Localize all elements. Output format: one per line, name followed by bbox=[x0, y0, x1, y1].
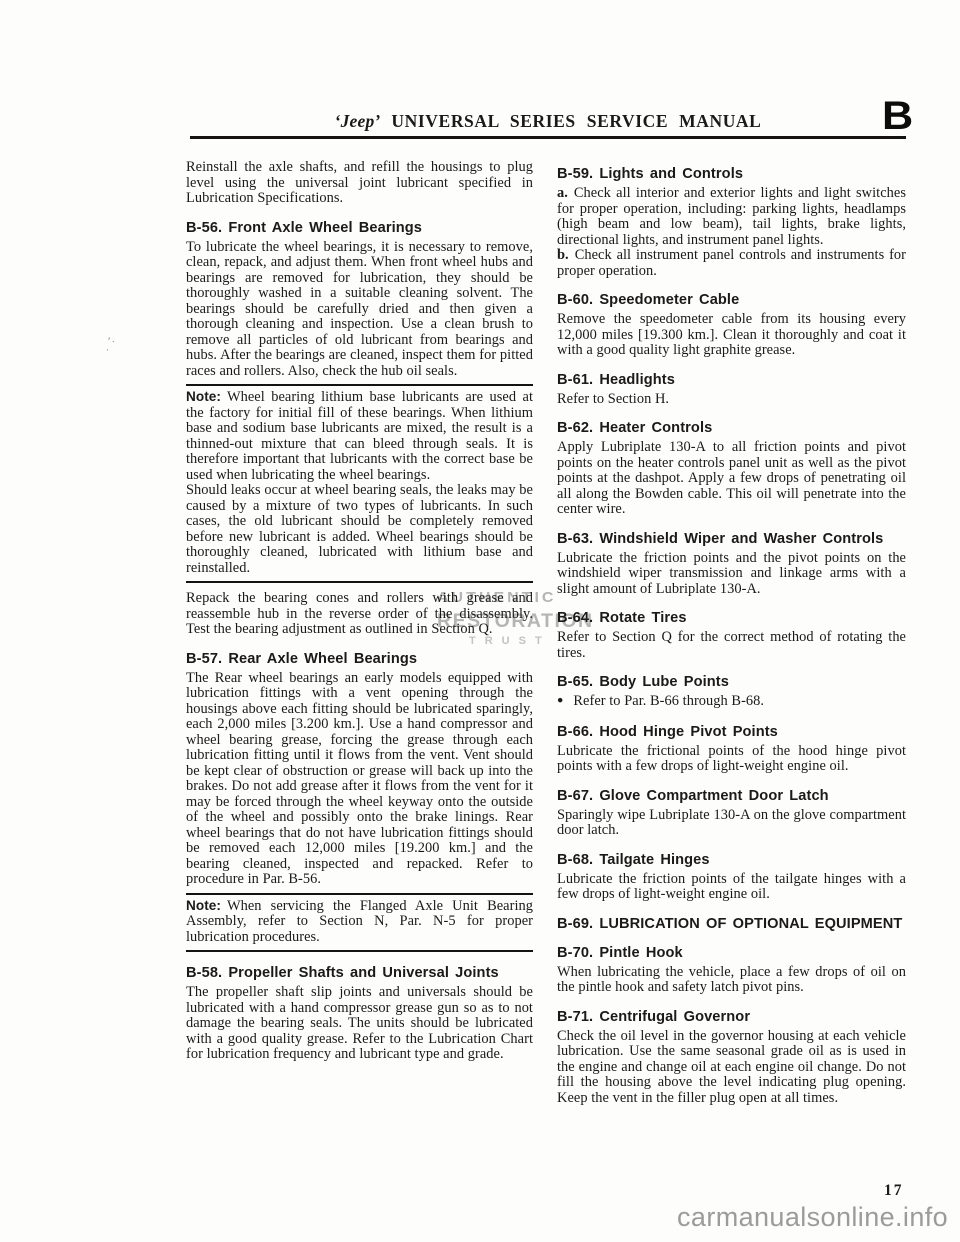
paragraph: Lubricate the frictional points of the h… bbox=[557, 744, 906, 775]
paragraph-text: Apply Lubriplate 130-A to all friction p… bbox=[557, 439, 906, 517]
header-rule bbox=[190, 136, 906, 139]
paragraph-text: Refer to Section Q for the correct metho… bbox=[557, 629, 906, 661]
note-text: When servicing the Flanged Axle Unit Bea… bbox=[186, 898, 533, 945]
bullet-text: Refer to Par. B-66 through B-68. bbox=[573, 693, 764, 709]
paragraph-text: Lubricate the frictional points of the h… bbox=[557, 743, 906, 775]
section-heading: B-71. Centrifugal Governor bbox=[557, 1009, 906, 1025]
paragraph: Lubricate the friction points and the pi… bbox=[557, 551, 906, 598]
note-paragraph: Note:Wheel bearing lithium base lubrican… bbox=[186, 389, 533, 483]
note-paragraph: Should leaks occur at wheel bearing seal… bbox=[186, 483, 533, 576]
section-heading: B-64. Rotate Tires bbox=[557, 610, 906, 626]
page-number: 17 bbox=[884, 1182, 904, 1200]
section-heading: B-57. Rear Axle Wheel Bearings bbox=[186, 651, 533, 667]
section-heading: B-70. Pintle Hook bbox=[557, 945, 906, 961]
paragraph-text: Repack the bearing cones and rollers wit… bbox=[186, 590, 533, 637]
section-heading: B-65. Body Lube Points bbox=[557, 674, 906, 690]
section-heading: B-59. Lights and Controls bbox=[557, 166, 906, 182]
paragraph-text: Remove the speedometer cable from its ho… bbox=[557, 311, 906, 358]
note-lead: Note: bbox=[186, 389, 221, 404]
paragraph-text: To lubricate the wheel bearings, it is n… bbox=[186, 239, 533, 379]
section-heading: B-56. Front Axle Wheel Bearings bbox=[186, 220, 533, 236]
section-heading: B-66. Hood Hinge Pivot Points bbox=[557, 724, 906, 740]
paragraph-text: Lubricate the friction points of the tai… bbox=[557, 871, 906, 903]
paragraph: The Rear wheel bearings an early models … bbox=[186, 671, 533, 888]
section-heading: B-61. Headlights bbox=[557, 372, 906, 388]
paragraph: When lubricating the vehicle, place a fe… bbox=[557, 965, 906, 996]
section-letter: B bbox=[882, 96, 913, 136]
paragraph-text: Reinstall the axle shafts, and refill th… bbox=[186, 159, 533, 206]
paragraph: Reinstall the axle shafts, and refill th… bbox=[186, 160, 533, 207]
left-column: Reinstall the axle shafts, and refill th… bbox=[186, 160, 533, 1063]
paragraph-text: Refer to Section H. bbox=[557, 391, 669, 407]
section-heading: B-67. Glove Compartment Door Latch bbox=[557, 788, 906, 804]
paragraph: Remove the speedometer cable from its ho… bbox=[557, 312, 906, 359]
paragraph: Check the oil level in the governor hous… bbox=[557, 1029, 906, 1107]
header-title: ‘Jeep’ UNIVERSAL SERIES SERVICE MANUAL bbox=[190, 111, 906, 132]
paragraph-text: The Rear wheel bearings an early models … bbox=[186, 670, 533, 888]
section-heading: B-58. Propeller Shafts and Universal Joi… bbox=[186, 965, 533, 981]
paragraph-lead: b. bbox=[557, 247, 569, 263]
paragraph-text: The propeller shaft slip joints and univ… bbox=[186, 984, 533, 1062]
paragraph-text: Check the oil level in the governor hous… bbox=[557, 1028, 906, 1106]
note-paragraph: Note:When servicing the Flanged Axle Uni… bbox=[186, 898, 533, 946]
paragraph-text: Check all instrument panel controls and … bbox=[557, 247, 906, 279]
paragraph: Refer to Section H. bbox=[557, 392, 906, 408]
paragraph: Lubricate the friction points of the tai… bbox=[557, 872, 906, 903]
header-brand: ‘Jeep’ bbox=[335, 111, 381, 131]
section-heading: B-63. Windshield Wiper and Washer Contro… bbox=[557, 531, 906, 547]
paragraph-text: Lubricate the friction points and the pi… bbox=[557, 550, 906, 597]
paragraph: b.Check all instrument panel controls an… bbox=[557, 248, 906, 279]
paragraph: The propeller shaft slip joints and univ… bbox=[186, 985, 533, 1063]
paragraph-text: Sparingly wipe Lubriplate 130-A on the g… bbox=[557, 807, 906, 839]
paragraph-text: When lubricating the vehicle, place a fe… bbox=[557, 964, 906, 996]
section-heading: B-68. Tailgate Hinges bbox=[557, 852, 906, 868]
right-column: B-59. Lights and Controlsa.Check all int… bbox=[557, 166, 906, 1106]
note-text: Wheel bearing lithium base lubricants ar… bbox=[186, 389, 533, 483]
paragraph-text: Check all interior and exterior lights a… bbox=[557, 185, 906, 248]
bullet-icon: ● bbox=[557, 695, 563, 706]
section-heading: B-69. LUBRICATION OF OPTIONAL EQUIPMENT bbox=[557, 916, 906, 932]
note-text: Should leaks occur at wheel bearing seal… bbox=[186, 482, 533, 576]
paragraph: Sparingly wipe Lubriplate 130-A on the g… bbox=[557, 808, 906, 839]
header-title-text: UNIVERSAL SERIES SERVICE MANUAL bbox=[391, 111, 761, 131]
paragraph: To lubricate the wheel bearings, it is n… bbox=[186, 240, 533, 380]
site-watermark: carmanualsonline.info bbox=[677, 1202, 948, 1233]
bullet-item: ●Refer to Par. B-66 through B-68. bbox=[557, 694, 906, 711]
paragraph: Apply Lubriplate 130-A to all friction p… bbox=[557, 440, 906, 518]
note-block: Note:When servicing the Flanged Axle Uni… bbox=[186, 893, 533, 953]
section-heading: B-62. Heater Controls bbox=[557, 420, 906, 436]
paragraph: Repack the bearing cones and rollers wit… bbox=[186, 591, 533, 638]
section-heading: B-60. Speedometer Cable bbox=[557, 292, 906, 308]
paragraph: a.Check all interior and exterior lights… bbox=[557, 186, 906, 248]
paragraph-lead: a. bbox=[557, 185, 568, 201]
margin-print-artifact: ’· · bbox=[105, 337, 117, 356]
note-block: Note:Wheel bearing lithium base lubrican… bbox=[186, 384, 533, 583]
paragraph: Refer to Section Q for the correct metho… bbox=[557, 630, 906, 661]
manual-page: ‘Jeep’ UNIVERSAL SERIES SERVICE MANUAL B… bbox=[0, 0, 960, 1242]
note-lead: Note: bbox=[186, 898, 221, 913]
